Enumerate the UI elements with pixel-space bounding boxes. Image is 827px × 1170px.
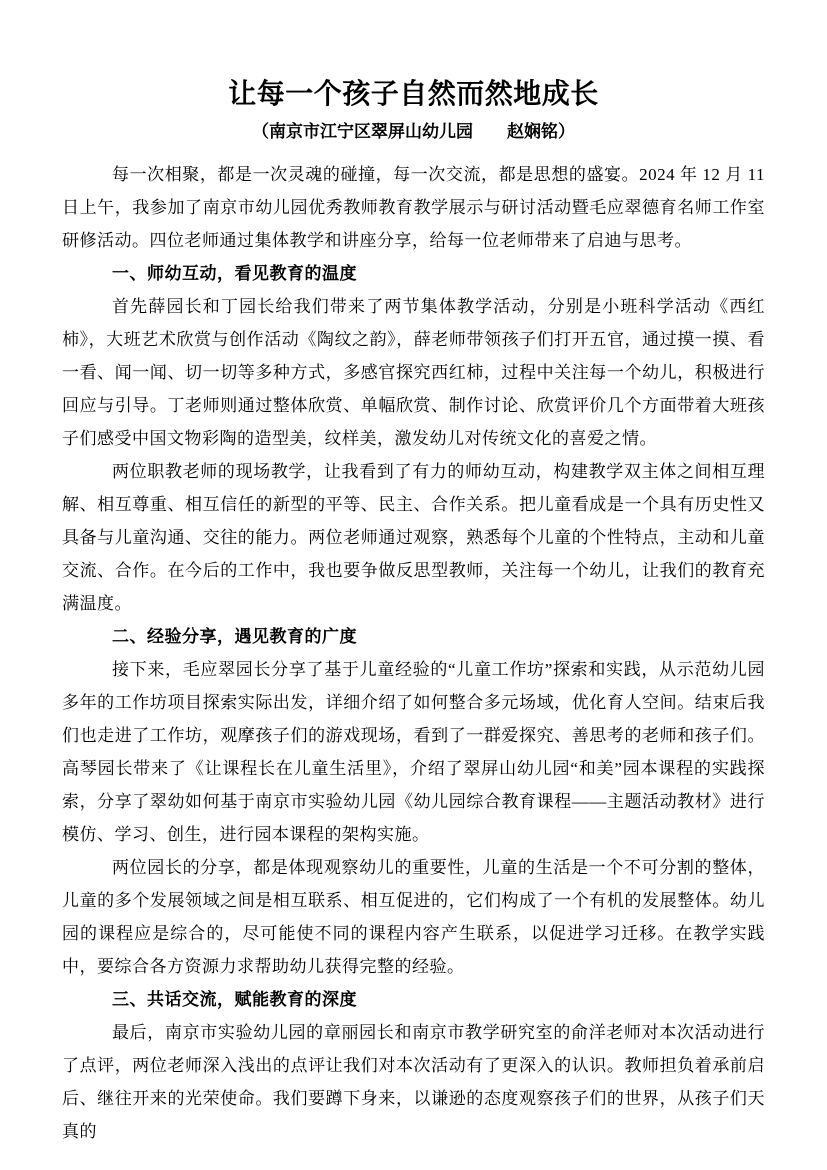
body-paragraph-section1-b: 两位职教老师的现场教学，让我看到了有力的师幼互动，构建教学双主体之间相互理解、相… — [62, 455, 765, 620]
section-heading-2: 二、经验分享，遇见教育的广度 — [62, 620, 765, 653]
section-heading-1: 一、师幼互动，看见教育的温度 — [62, 257, 765, 290]
body-paragraph-section2-b: 两位园长的分享，都是体现观察幼儿的重要性，儿童的生活是一个不可分割的整体，儿童的… — [62, 851, 765, 983]
document-page: 让每一个孩子自然而然地成长 （南京市江宁区翠屏山幼儿园 赵娴铭） 每一次相聚，都… — [0, 0, 827, 1170]
document-byline: （南京市江宁区翠屏山幼儿园 赵娴铭） — [62, 118, 765, 146]
document-title: 让每一个孩子自然而然地成长 — [62, 76, 765, 114]
body-paragraph-section1-a: 首先薛园长和丁园长给我们带来了两节集体教学活动，分别是小班科学活动《西红柿》，大… — [62, 290, 765, 455]
body-paragraph-section3-a: 最后，南京市实验幼儿园的章丽园长和南京市教学研究室的俞洋老师对本次活动进行了点评… — [62, 1016, 765, 1148]
section-heading-3: 三、共话交流，赋能教育的深度 — [62, 983, 765, 1016]
body-paragraph-section2-a: 接下来，毛应翠园长分享了基于儿童经验的“儿童工作坊”探索和实践，从示范幼儿园多年… — [62, 653, 765, 851]
body-paragraph-intro: 每一次相聚，都是一次灵魂的碰撞，每一次交流，都是思想的盛宴。2024 年 12 … — [62, 158, 765, 257]
